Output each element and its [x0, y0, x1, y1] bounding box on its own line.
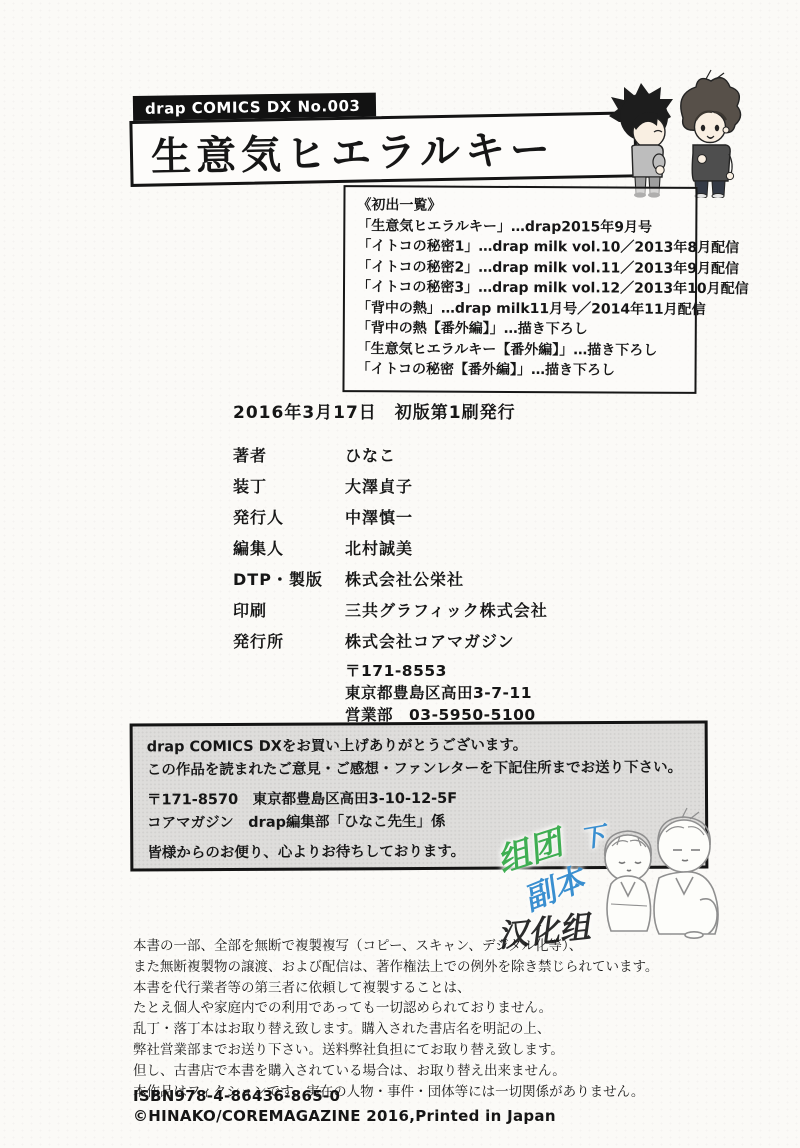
- credit-value: 株式会社公栄社: [345, 567, 464, 590]
- credit-label: 著者: [233, 443, 345, 466]
- credit-value: 株式会社コアマガジン: [345, 629, 515, 652]
- right-boy-shoe: [712, 194, 724, 198]
- credit-label: 発行人: [233, 505, 345, 528]
- pub-list-line: 「生意気ヒエラルキー」…drap2015年9月号: [357, 216, 683, 238]
- publisher-address: 〒171-8553 東京都豊島区高田3-7-11 営業部 03-5950-510…: [345, 660, 548, 726]
- pub-list-line: 「背中の熱【番外編】」…描き下ろし: [357, 318, 683, 340]
- right-boy-eye: [715, 125, 719, 131]
- first-publication-box: 《初出一覧》 「生意気ヒエラルキー」…drap2015年9月号 「イトコの秘密1…: [342, 185, 697, 393]
- credit-value: 三共グラフィック株式会社: [345, 598, 548, 621]
- credit-row-editor: 編集人 北村誠美: [233, 536, 548, 558]
- pub-list-line: 「イトコの秘密1」…drap milk vol.10／2013年8月配信: [357, 236, 683, 258]
- first-publication-heading: 《初出一覧》: [357, 195, 683, 217]
- copyright-line: ©HINAKO/COREMAGAZINE 2016,Printed in Jap…: [133, 1107, 556, 1125]
- pub-list-line: 「生意気ヒエラルキー【番外編】」…描き下ろし: [357, 339, 683, 361]
- pub-list-line: 「イトコの秘密【番外編】」…描き下ろし: [357, 359, 683, 381]
- legal-line: 弊社営業部までお送り下さい。送料弊社負担にてお取り替え致します。: [133, 1040, 658, 1061]
- legal-line: 乱丁・落丁本はお取り替え致します。購入された書店名を明記の上、: [133, 1019, 658, 1040]
- legal-line: 但し、古書店で本書を購入されている場合は、お取り替え出来ません。: [133, 1061, 658, 1082]
- kneeling-right-mouth: [682, 860, 688, 861]
- credit-value: ひなこ: [345, 443, 396, 466]
- title-box: 生意気ヒエラルキー: [129, 111, 637, 187]
- credit-row-publishing-house: 発行所 株式会社コアマガジン: [233, 629, 548, 651]
- credit-label: DTP・製版: [233, 567, 345, 590]
- right-boy-eye: [701, 125, 705, 131]
- isbn: ISBN978-4-86436-865-0: [133, 1087, 340, 1105]
- edition-date: 2016年3月17日 初版第1刷発行: [233, 398, 516, 423]
- legal-line: また無断複製物の譲渡、および配信は、著作権法上での例外を除き禁じられています。: [133, 957, 658, 978]
- kneeling-right-foot: [685, 932, 703, 938]
- standing-chibi-illustration: [598, 48, 758, 198]
- credit-row-author: 著者 ひなこ: [233, 443, 548, 465]
- pub-list-line: 「イトコの秘密2」…drap milk vol.11／2013年9月配信: [357, 257, 683, 279]
- right-boy-hand: [698, 155, 707, 164]
- kneeling-right-kimono: [654, 872, 718, 934]
- credit-row-design: 装丁 大澤貞子: [233, 474, 548, 496]
- kneeling-left-kimono: [607, 876, 651, 931]
- kneeling-chibi-illustration: [586, 796, 731, 941]
- legal-line: 本書を代行業者等の第三者に依頼して複製することは、: [133, 978, 658, 999]
- legal-line: 本書の一部、全部を無断で複製複写（コピー、スキャン、デジタル化等）、: [133, 936, 658, 957]
- credit-value: 中澤慎一: [345, 505, 413, 528]
- credits-block: 著者 ひなこ 装丁 大澤貞子 発行人 中澤慎一 編集人 北村誠美 DTP・製版 …: [233, 443, 548, 726]
- credit-value: 北村誠美: [345, 536, 413, 559]
- credit-label: 装丁: [233, 474, 345, 497]
- credit-row-printing: 印刷 三共グラフィック株式会社: [233, 598, 548, 620]
- credit-value: 大澤貞子: [345, 474, 413, 497]
- legal-line: たとえ個人や家庭内での利用であっても一切認められておりません。: [133, 998, 658, 1019]
- credit-row-publisher-person: 発行人 中澤慎一: [233, 505, 548, 527]
- fan-box-thanks-line: drap COMICS DXをお買い上げありがとうございます。: [147, 734, 691, 760]
- left-boy-hand: [656, 166, 664, 174]
- pub-list-line: 「背中の熱」…drap milk11月号／2014年11月配信: [357, 298, 683, 320]
- legal-notice: 本書の一部、全部を無断で複製複写（コピー、スキャン、デジタル化等）、 また無断複…: [133, 936, 658, 1102]
- credit-label: 編集人: [233, 536, 345, 559]
- publisher-street-address: 東京都豊島区高田3-7-11: [345, 682, 548, 704]
- right-boy-shirt: [692, 145, 730, 181]
- publisher-postal-code: 〒171-8553: [345, 660, 548, 682]
- book-title: 生意気ヒエラルキー: [150, 117, 555, 182]
- pub-list-line: 「イトコの秘密3」…drap milk vol.12／2013年10月配信: [357, 277, 683, 299]
- fan-box-thanks-line: この作品を読まれたご意見・ご感想・ファンレターを下記住所までお送り下さい。: [147, 757, 691, 783]
- credit-row-dtp: DTP・製版 株式会社公栄社: [233, 567, 548, 589]
- right-boy-ear: [723, 127, 729, 133]
- credit-label: 印刷: [233, 598, 345, 621]
- credit-label: 発行所: [233, 629, 345, 652]
- right-boy-hand: [726, 172, 733, 179]
- kneeling-left-mouth: [627, 870, 631, 871]
